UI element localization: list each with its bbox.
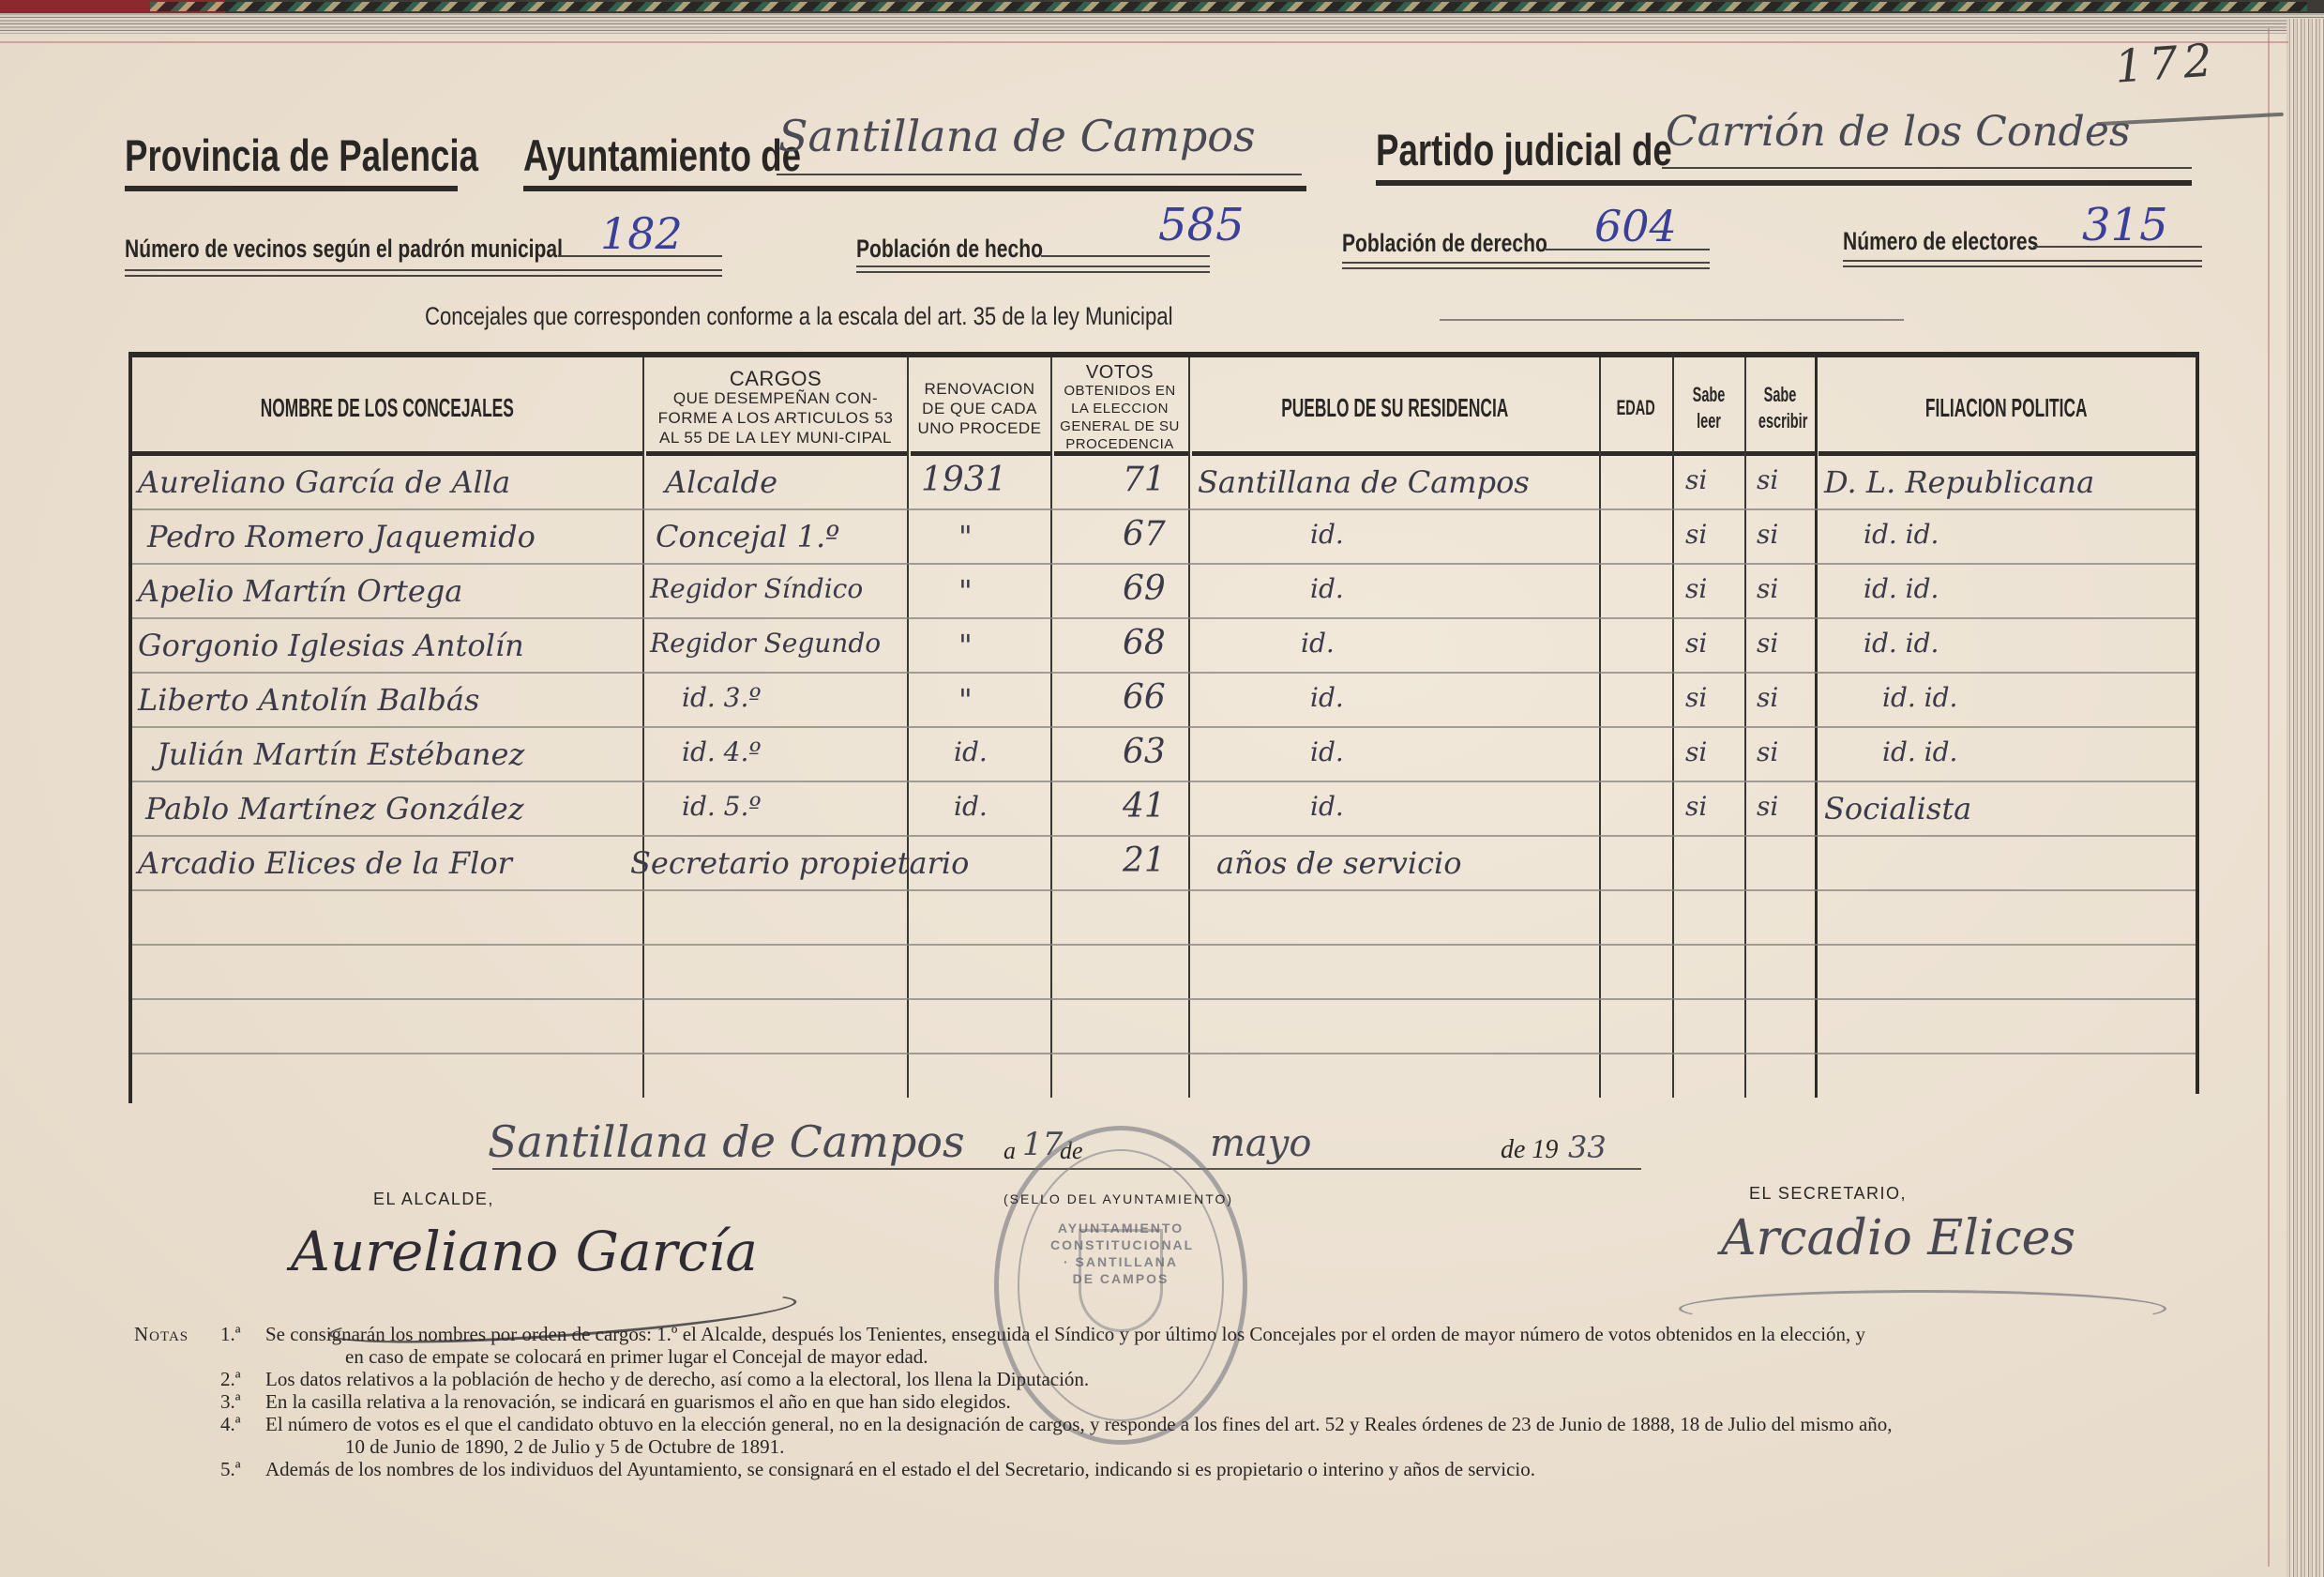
secretario-label: EL SECRETARIO, — [1749, 1184, 1907, 1204]
header-cargos-title: CARGOS — [646, 369, 905, 388]
cell-sabe-escribir: si — [1757, 464, 1778, 495]
header-bottom-rule — [646, 451, 907, 456]
partido-value: Carrión de los Condes — [1666, 108, 2130, 156]
table-right-border — [2196, 357, 2199, 1094]
province-underline — [125, 186, 458, 191]
cell-renovacion: id. — [954, 736, 988, 767]
cell-nombre: Gorgonio Iglesias Antolín — [138, 628, 524, 663]
header-sabe-escribir-text: Sabe escribir — [1758, 382, 1802, 434]
header-cargos-sub: QUE DESEMPEÑAN CON-FORME A LOS ARTICULOS… — [646, 388, 905, 447]
header-votos: VOTOSOBTENIDOS EN LA ELECCION GENERAL DE… — [1053, 361, 1186, 455]
ayuntamiento-value: Santillana de Campos — [778, 111, 1256, 161]
header-sabe-leer: Sabe leer — [1674, 361, 1743, 455]
row-rule — [132, 617, 2196, 619]
header-bottom-rule — [1746, 451, 1815, 456]
hecho-rule-1 — [856, 265, 1210, 267]
date-month: mayo — [1210, 1122, 1311, 1165]
cell-nombre: Arcadio Elices de la Flor — [138, 845, 512, 881]
note-spacer — [134, 1458, 220, 1480]
electores-label: Número de electores — [1843, 227, 2038, 256]
note-text: en caso de empate se colocará en primer … — [345, 1345, 928, 1368]
note-number: 5.ª — [220, 1458, 265, 1480]
cell-sabe-leer: si — [1685, 791, 1707, 822]
note-item: 5.ª Además de los nombres de los individ… — [134, 1458, 1893, 1480]
notes-section: Notas 1.ª Se consignarán los nombres por… — [134, 1323, 1893, 1480]
date-place: Santillana de Campos — [488, 1116, 965, 1167]
cell-votos: 68 — [1123, 624, 1166, 662]
row-rule — [132, 835, 2196, 837]
vecinos-rule-1 — [125, 269, 722, 271]
sello-label: (SELLO DEL AYUNTAMIENTO) — [1004, 1191, 1233, 1206]
ayuntamiento-underline — [523, 186, 1306, 191]
row-rule — [132, 781, 2196, 782]
red-margin-rule-top — [0, 41, 2288, 43]
header-nombre: NOMBRE DE LOS CONCEJALES — [134, 361, 641, 455]
cell-pueblo: años de servicio — [1216, 845, 1462, 881]
cell-votos: 41 — [1123, 787, 1166, 826]
vecinos-label: Número de vecinos según el padrón munici… — [125, 235, 563, 264]
alcalde-label: EL ALCALDE, — [373, 1190, 494, 1209]
cell-cargo: id. 5.º — [682, 791, 762, 822]
header-renovacion: RENOVACION DE QUE CADA UNO PROCEDE — [911, 361, 1049, 455]
cell-sabe-escribir: si — [1757, 519, 1778, 550]
date-year-label: de 19 — [1501, 1135, 1558, 1165]
cell-nombre: Liberto Antolín Balbás — [138, 682, 479, 718]
row-rule — [132, 508, 2196, 510]
header-bottom-rule — [911, 451, 1050, 456]
cell-filiacion: id. id. — [1864, 573, 1939, 604]
cell-pueblo: id. — [1310, 791, 1344, 822]
cell-sabe-escribir: si — [1757, 628, 1778, 659]
row-rule — [132, 563, 2196, 565]
cell-votos: 69 — [1123, 569, 1166, 608]
cell-votos: 66 — [1123, 678, 1166, 717]
cell-filiacion: Socialista — [1824, 791, 1971, 826]
cell-sabe-escribir: si — [1757, 791, 1778, 822]
row-rule — [132, 998, 2196, 1000]
note-number: 1.ª — [220, 1323, 265, 1345]
cell-pueblo: id. — [1301, 628, 1335, 659]
cell-votos: 71 — [1123, 461, 1166, 499]
councillors-table: NOMBRE DE LOS CONCEJALES CARGOSQUE DESEM… — [128, 352, 2199, 1098]
row-rule — [132, 726, 2196, 728]
header-sabe-leer-text: Sabe leer — [1690, 382, 1728, 434]
header-bottom-rule — [1601, 451, 1672, 456]
hecho-rule-2 — [856, 271, 1210, 273]
cell-pueblo: id. — [1310, 736, 1344, 767]
cell-renovacion: id. — [954, 791, 988, 822]
cell-filiacion: id. id. — [1882, 736, 1957, 767]
row-rule — [132, 672, 2196, 674]
cell-votos: 21 — [1123, 842, 1166, 880]
cell-pueblo: id. — [1310, 682, 1344, 713]
note-text: Se consignarán los nombres por orden de … — [265, 1323, 1865, 1345]
poblacion-hecho-value: 585 — [1158, 199, 1245, 251]
cell-sabe-leer: si — [1685, 682, 1707, 713]
electores-rule-2 — [1843, 265, 2202, 267]
poblacion-hecho-label: Población de hecho — [856, 235, 1043, 264]
concejales-scale-line: Concejales que corresponden conforme a l… — [425, 302, 1173, 331]
row-rule — [132, 1053, 2196, 1054]
vecinos-value: 182 — [600, 208, 683, 259]
header-bottom-rule — [1818, 451, 2196, 456]
table-left-border — [128, 357, 132, 1103]
cell-sabe-leer: si — [1685, 736, 1707, 767]
cell-sabe-leer: si — [1685, 573, 1707, 604]
page-right-edge — [2286, 19, 2324, 1577]
header-cargos-text: CARGOSQUE DESEMPEÑAN CON-FORME A LOS ART… — [646, 369, 905, 447]
derecho-rule-1 — [1342, 262, 1710, 264]
cell-filiacion: id. id. — [1882, 682, 1957, 713]
cell-votos: 67 — [1123, 515, 1166, 553]
header-edad-text: EDAD — [1616, 395, 1654, 421]
cell-votos: 63 — [1123, 733, 1166, 771]
note-continuation: en caso de empate se colocará en primer … — [134, 1345, 1893, 1368]
note-number: 2.ª — [220, 1368, 265, 1390]
cell-cargo: Alcalde — [665, 464, 777, 500]
cell-renovacion: " — [958, 573, 973, 609]
cell-nombre: Julián Martín Estébanez — [157, 736, 524, 772]
note-item: 4.ª El número de votos es el que el cand… — [134, 1413, 1893, 1435]
header-bottom-rule — [1054, 451, 1188, 456]
cell-sabe-escribir: si — [1757, 573, 1778, 604]
note-spacer — [134, 1368, 220, 1390]
cell-renovacion: " — [958, 682, 973, 718]
note-number: 3.ª — [220, 1390, 265, 1413]
cell-cargo: Regidor Síndico — [650, 573, 863, 604]
header-nombre-text: NOMBRE DE LOS CONCEJALES — [261, 393, 514, 423]
cell-nombre: Apelio Martín Ortega — [138, 573, 462, 609]
cell-pueblo: id. — [1310, 573, 1344, 604]
row-rule — [132, 944, 2196, 946]
header-filiacion: FILIACION POLITICA — [1818, 361, 2194, 455]
header-edad: EDAD — [1601, 361, 1670, 455]
cell-pueblo: Santillana de Campos — [1198, 464, 1530, 500]
secretario-rubric — [1679, 1290, 2166, 1327]
cell-cargo: Regidor Segundo — [650, 628, 881, 659]
header-votos-text: VOTOSOBTENIDOS EN LA ELECCION GENERAL DE… — [1053, 364, 1186, 453]
derecho-rule-2 — [1342, 267, 1710, 269]
cell-nombre: Aureliano García de Alla — [138, 464, 510, 500]
header-pueblo: PUEBLO DE SU RESIDENCIA — [1192, 361, 1597, 455]
header-bottom-rule — [1192, 451, 1599, 456]
vecinos-rule-2 — [125, 275, 722, 277]
header-renovacion-text: RENOVACION DE QUE CADA UNO PROCEDE — [911, 379, 1049, 438]
cell-cargo: id. 3.º — [682, 682, 762, 713]
header-votos-title: VOTOS — [1053, 364, 1186, 382]
poblacion-derecho-value: 604 — [1594, 201, 1677, 251]
note-text: El número de votos es el que el candidat… — [265, 1413, 1893, 1435]
header-votos-sub: OBTENIDOS EN LA ELECCION GENERAL DE SU P… — [1053, 382, 1186, 453]
header-cargos: CARGOSQUE DESEMPEÑAN CON-FORME A LOS ART… — [646, 361, 905, 455]
cell-sabe-escribir: si — [1757, 736, 1778, 767]
cell-renovacion: " — [958, 628, 973, 663]
note-item: Notas 1.ª Se consignarán los nombres por… — [134, 1323, 1893, 1345]
cell-renovacion: 1931 — [921, 461, 1007, 499]
ayuntamiento-label: Ayuntamiento de — [523, 129, 801, 181]
cell-sabe-leer: si — [1685, 628, 1707, 659]
concejales-fill-line — [1440, 319, 1904, 321]
alcalde-signature: Aureliano García — [291, 1220, 758, 1283]
cell-sabe-leer: si — [1685, 519, 1707, 550]
cell-renovacion: " — [958, 519, 973, 554]
electores-fill-line — [2033, 246, 2202, 248]
note-text: Además de los nombres de los individuos … — [265, 1458, 1535, 1480]
header-sabe-escribir: Sabe escribir — [1746, 361, 1814, 455]
header-bottom-rule — [1674, 451, 1744, 456]
table-top-border — [128, 352, 2199, 357]
header-filiacion-text: FILIACION POLITICA — [1925, 393, 2088, 423]
note-number: 4.ª — [220, 1413, 265, 1435]
derecho-fill-line — [1546, 249, 1710, 250]
partido-underline — [1376, 180, 2192, 186]
cell-cargo: Concejal 1.º — [656, 519, 839, 554]
stamp-text: AYUNTAMIENTO CONSTITUCIONAL · SANTILLANA… — [1050, 1220, 1191, 1287]
cell-filiacion: D. L. Republicana — [1824, 464, 2094, 500]
cell-nombre: Pablo Martínez González — [145, 791, 524, 826]
vecinos-fill-line — [558, 255, 722, 257]
cell-nombre: Pedro Romero Jaquemido — [147, 519, 536, 554]
notes-label: Notas — [134, 1323, 220, 1345]
province-label: Provincia de Palencia — [125, 129, 478, 181]
note-text: 10 de Junio de 1890, 2 de Julio y 5 de O… — [345, 1435, 784, 1458]
cell-pueblo: id. — [1310, 519, 1344, 550]
electores-rule-1 — [1843, 260, 2202, 262]
note-spacer — [134, 1390, 220, 1413]
cell-cargo: Secretario propietario — [630, 845, 969, 881]
electores-value: 315 — [2082, 199, 2168, 251]
cell-cargo: id. 4.º — [682, 736, 762, 767]
header-pueblo-text: PUEBLO DE SU RESIDENCIA — [1281, 393, 1508, 423]
note-item: 2.ª Los datos relativos a la población d… — [134, 1368, 1893, 1390]
note-item: 3.ª En la casilla relativa a la renovaci… — [134, 1390, 1893, 1413]
cell-filiacion: id. id. — [1864, 628, 1939, 659]
cell-sabe-escribir: si — [1757, 682, 1778, 713]
note-continuation: 10 de Junio de 1890, 2 de Julio y 5 de O… — [134, 1435, 1893, 1458]
partido-fill-line — [1662, 167, 2192, 169]
cell-filiacion: id. id. — [1864, 519, 1939, 550]
note-spacer — [134, 1413, 220, 1435]
note-text: Los datos relativos a la población de he… — [265, 1368, 1089, 1390]
ayuntamiento-fill-line — [777, 174, 1302, 175]
header-bottom-rule — [132, 451, 642, 456]
hecho-fill-line — [1041, 255, 1210, 257]
red-margin-rule-right — [2268, 28, 2270, 1567]
secretario-signature: Arcadio Elices — [1721, 1210, 2075, 1266]
row-rule — [132, 889, 2196, 891]
note-text: En la casilla relativa a la renovación, … — [265, 1390, 1011, 1413]
date-year-suffix: 33 — [1568, 1130, 1607, 1165]
poblacion-derecho-label: Población de derecho — [1342, 229, 1547, 258]
cell-sabe-leer: si — [1685, 464, 1707, 495]
page-number: 172 — [2113, 34, 2219, 94]
partido-label: Partido judicial de — [1376, 124, 1672, 175]
date-a-label: a — [1004, 1137, 1016, 1165]
